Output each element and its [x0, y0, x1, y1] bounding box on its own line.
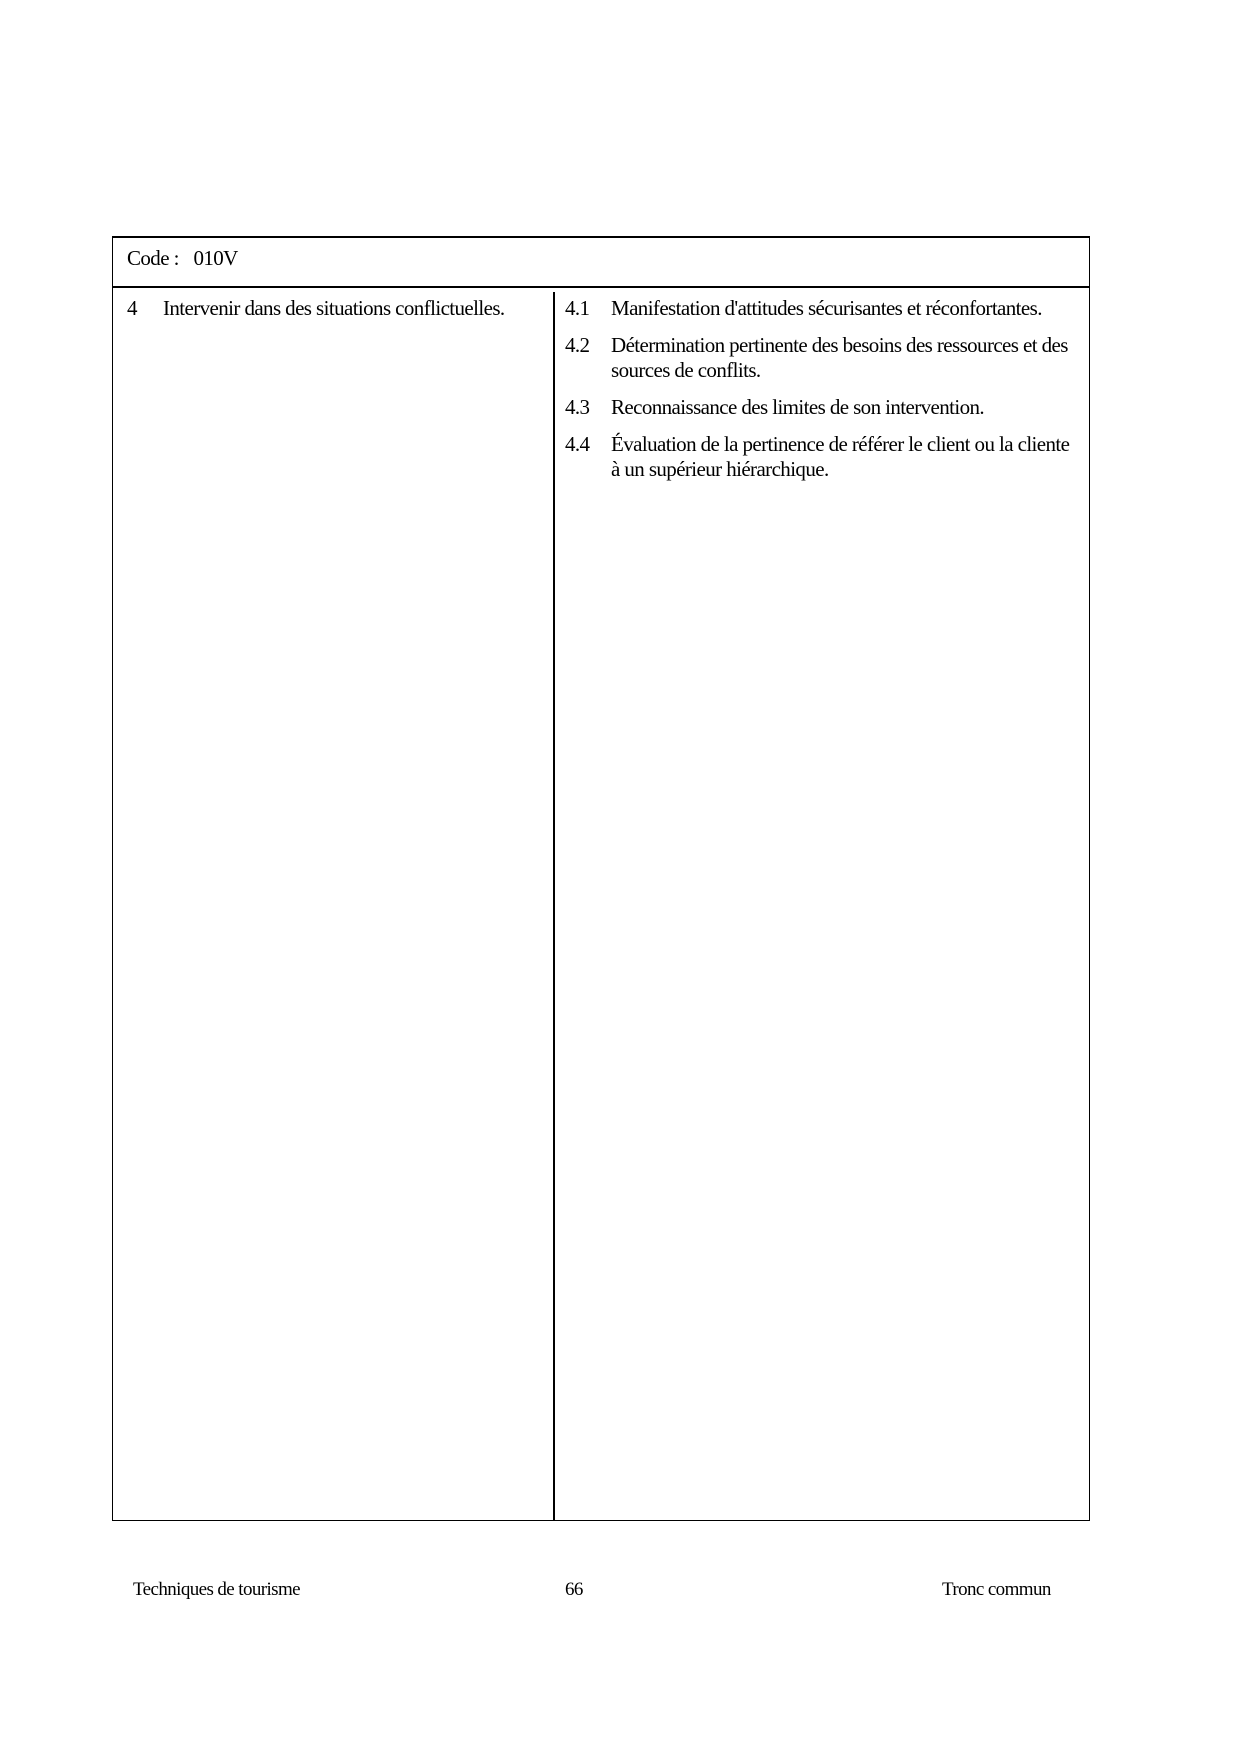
- element-text: Intervenir dans des situations conflictu…: [163, 296, 537, 321]
- element-column: 4 Intervenir dans des situations conflic…: [127, 296, 537, 321]
- criterion-number: 4.3: [565, 395, 611, 420]
- competency-element: 4 Intervenir dans des situations conflic…: [127, 296, 537, 321]
- criterion-item: 4.2 Détermination pertinente des besoins…: [565, 333, 1080, 383]
- competency-table: Code : 010V 4 Intervenir dans des situat…: [112, 236, 1090, 1521]
- criterion-text: Reconnaissance des limites de son interv…: [611, 395, 1080, 420]
- criterion-text: Évaluation de la pertinence de référer l…: [611, 432, 1080, 482]
- footer-program-title: Techniques de tourisme: [133, 1579, 300, 1601]
- code-header: Code : 010V: [127, 246, 238, 271]
- element-number: 4: [127, 296, 163, 321]
- criterion-text: Manifestation d'attitudes sécurisantes e…: [611, 296, 1080, 321]
- criterion-item: 4.3 Reconnaissance des limites de son in…: [565, 395, 1080, 420]
- criterion-item: 4.1 Manifestation d'attitudes sécurisant…: [565, 296, 1080, 321]
- code-header-row: Code : 010V: [113, 238, 1089, 288]
- criterion-number: 4.4: [565, 432, 611, 482]
- column-divider: [553, 292, 555, 1520]
- page-number: 66: [565, 1579, 583, 1601]
- criterion-number: 4.2: [565, 333, 611, 383]
- code-label: Code :: [127, 246, 179, 271]
- criterion-number: 4.1: [565, 296, 611, 321]
- criterion-text: Détermination pertinente des besoins des…: [611, 333, 1080, 383]
- criterion-item: 4.4 Évaluation de la pertinence de référ…: [565, 432, 1080, 482]
- footer-section: Tronc commun: [942, 1579, 1051, 1601]
- criteria-column: 4.1 Manifestation d'attitudes sécurisant…: [565, 296, 1080, 494]
- code-value: 010V: [193, 246, 237, 271]
